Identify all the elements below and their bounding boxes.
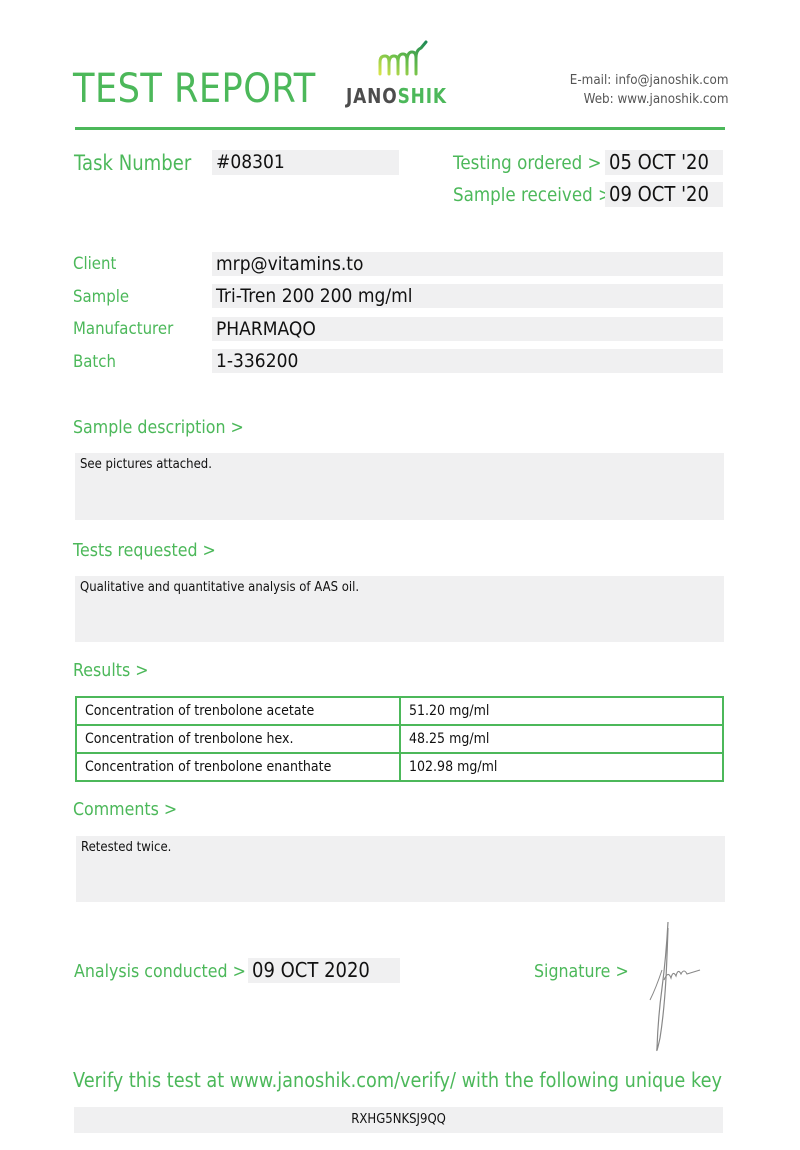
sample-description-heading: Sample description > — [73, 417, 244, 438]
task-number-label: Task Number — [74, 151, 191, 175]
result-name-cell: Concentration of trenbolone hex. — [76, 725, 400, 753]
unique-key-value: RXHG5NKSJ9QQ — [351, 1107, 446, 1133]
result-value: 51.20 mg/ml — [409, 703, 489, 719]
contact-web: Web: www.janoshik.com — [569, 90, 728, 109]
analysis-conducted-value: 09 OCT 2020 — [252, 958, 370, 983]
result-name-cell: Concentration of trenbolone acetate — [76, 697, 400, 725]
signature-icon — [640, 918, 710, 1058]
testing-ordered-field: 05 OCT '20 — [605, 150, 723, 175]
client-value: mrp@vitamins.to — [216, 252, 363, 276]
contact-info: E-mail: info@janoshik.com Web: www.janos… — [556, 71, 728, 109]
manufacturer-value: PHARMAQO — [216, 317, 316, 341]
result-value-cell: 48.25 mg/ml — [400, 725, 723, 753]
signature-label: Signature > — [534, 961, 629, 982]
logo-text-dark: JANO — [346, 84, 398, 108]
tests-requested-text: Qualitative and quantitative analysis of… — [80, 580, 359, 595]
logo-wordmark: JANOSHIK — [346, 84, 447, 108]
batch-label: Batch — [73, 352, 116, 372]
result-name: Concentration of trenbolone hex. — [85, 731, 294, 747]
results-table: Concentration of trenbolone acetate 51.2… — [75, 696, 724, 782]
sample-received-value: 09 OCT '20 — [609, 182, 709, 207]
task-number-value: #08301 — [216, 150, 285, 175]
manufacturer-field: PHARMAQO — [212, 317, 723, 341]
result-name-cell: Concentration of trenbolone enanthate — [76, 753, 400, 781]
comments-heading: Comments > — [73, 799, 177, 820]
sample-description-text: See pictures attached. — [80, 457, 212, 472]
result-name: Concentration of trenbolone acetate — [85, 703, 314, 719]
sample-received-label: Sample received > — [453, 184, 612, 206]
result-value-cell: 51.20 mg/ml — [400, 697, 723, 725]
sample-field: Tri-Tren 200 200 mg/ml — [212, 284, 723, 308]
verify-instructions: Verify this test at www.janoshik.com/ver… — [73, 1068, 722, 1092]
analysis-conducted-field: 09 OCT 2020 — [248, 958, 400, 983]
unique-key-field: RXHG5NKSJ9QQ — [74, 1107, 723, 1133]
header-divider — [75, 127, 725, 130]
testing-ordered-label: Testing ordered > — [453, 152, 602, 174]
table-row: Concentration of trenbolone hex. 48.25 m… — [76, 725, 723, 753]
sample-value: Tri-Tren 200 200 mg/ml — [216, 284, 413, 308]
analysis-conducted-label: Analysis conducted > — [74, 961, 246, 982]
batch-value: 1-336200 — [216, 349, 298, 373]
result-name: Concentration of trenbolone enanthate — [85, 759, 331, 775]
client-label: Client — [73, 254, 116, 274]
task-number-field: #08301 — [212, 150, 399, 175]
comments-text: Retested twice. — [81, 840, 171, 855]
tests-requested-heading: Tests requested > — [73, 540, 216, 561]
comments-box: Retested twice. — [76, 836, 725, 902]
logo-text-light: SHIK — [398, 84, 447, 108]
result-value: 102.98 mg/ml — [409, 759, 497, 775]
rising-chart-logo-icon — [376, 40, 456, 84]
batch-field: 1-336200 — [212, 349, 723, 373]
contact-email: E-mail: info@janoshik.com — [569, 71, 728, 90]
table-row: Concentration of trenbolone acetate 51.2… — [76, 697, 723, 725]
sample-description-box: See pictures attached. — [75, 453, 724, 520]
report-title: TEST REPORT — [73, 66, 316, 112]
tests-requested-box: Qualitative and quantitative analysis of… — [75, 576, 724, 642]
janoshik-logo: JANOSHIK — [344, 40, 459, 108]
manufacturer-label: Manufacturer — [73, 319, 173, 339]
table-row: Concentration of trenbolone enanthate 10… — [76, 753, 723, 781]
testing-ordered-value: 05 OCT '20 — [609, 150, 709, 175]
sample-received-field: 09 OCT '20 — [605, 182, 723, 207]
result-value-cell: 102.98 mg/ml — [400, 753, 723, 781]
results-heading: Results > — [73, 660, 149, 681]
client-field: mrp@vitamins.to — [212, 252, 723, 276]
sample-label: Sample — [73, 287, 129, 307]
result-value: 48.25 mg/ml — [409, 731, 489, 747]
